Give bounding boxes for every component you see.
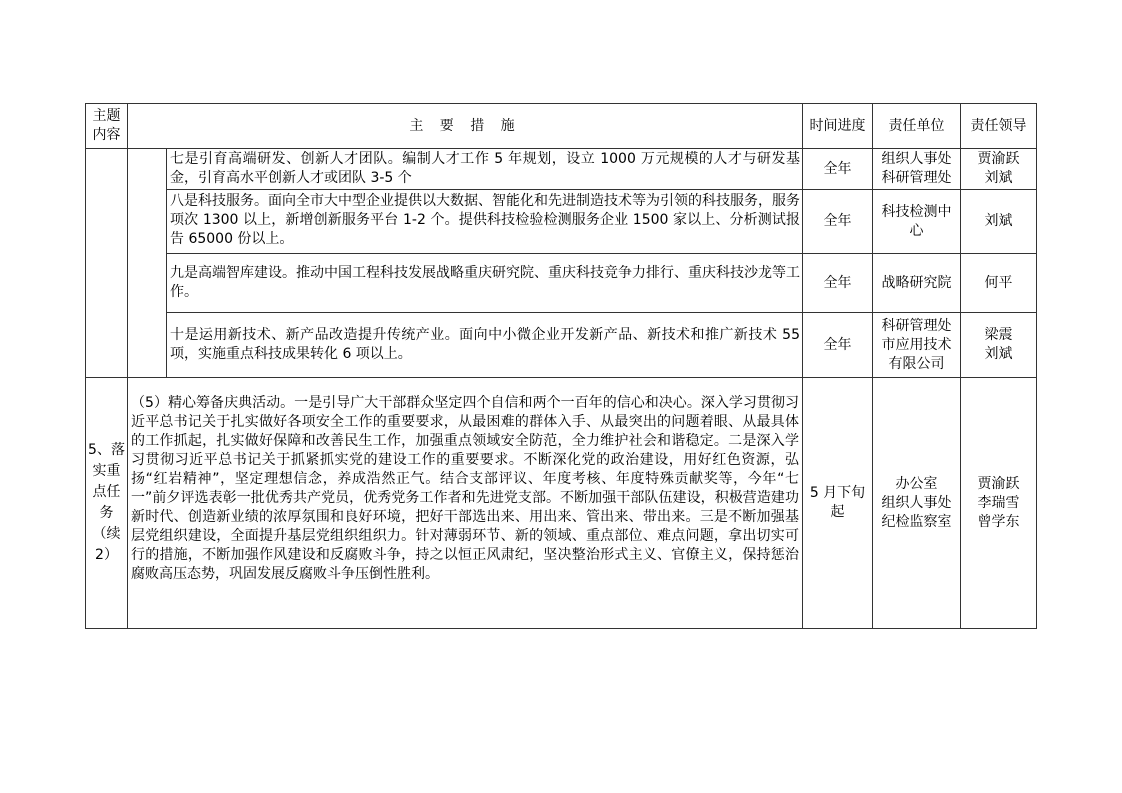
header-leader: 责任领导 xyxy=(961,104,1037,149)
unit-cell: 战略研究院 xyxy=(873,254,961,313)
table-row: 八是科技服务。面向全市大中型企业提供以大数据、智能化和先进制造技术等为引领的科技… xyxy=(86,190,1037,254)
header-measures: 主 要 措 施 xyxy=(128,104,803,149)
header-row: 主题内容 主 要 措 施 时间进度 责任单位 责任领导 xyxy=(86,104,1037,149)
measure-cell: 七是引育高端研发、创新人才团队。编制人才工作 5 年规划，设立 1000 万元规… xyxy=(167,149,803,190)
topic-cell-empty xyxy=(86,149,128,378)
table-row: 十是运用新技术、新产品改造提升传统产业。面向中小微企业开发新产品、新技术和推广新… xyxy=(86,313,1037,378)
time-cell: 全年 xyxy=(803,313,873,378)
measure-cell: （5）精心筹备庆典活动。一是引导广大干部群众坚定四个自信和两个一百年的信心和决心… xyxy=(128,378,803,629)
leader-cell: 贾渝跃 李瑞雪 曾学东 xyxy=(961,378,1037,629)
leader-cell: 刘斌 xyxy=(961,190,1037,254)
document-page: 主题内容 主 要 措 施 时间进度 责任单位 责任领导 七是引育高端研发、创新人… xyxy=(0,0,1122,793)
unit-cell: 组织人事处 科研管理处 xyxy=(873,149,961,190)
measure-cell: 八是科技服务。面向全市大中型企业提供以大数据、智能化和先进制造技术等为引领的科技… xyxy=(167,190,803,254)
header-topic: 主题内容 xyxy=(86,104,128,149)
time-cell: 全年 xyxy=(803,254,873,313)
work-plan-table: 主题内容 主 要 措 施 时间进度 责任单位 责任领导 七是引育高端研发、创新人… xyxy=(85,103,1037,629)
topic-label: 5、落 实重 点任 务 （续 2） xyxy=(88,440,126,566)
sub-cell-empty xyxy=(128,149,167,378)
measure-cell: 十是运用新技术、新产品改造提升传统产业。面向中小微企业开发新产品、新技术和推广新… xyxy=(167,313,803,378)
time-cell: 5 月下旬 起 xyxy=(803,378,873,629)
measure-cell: 九是高端智库建设。推动中国工程科技发展战略重庆研究院、重庆科技竞争力排行、重庆科… xyxy=(167,254,803,313)
time-cell: 全年 xyxy=(803,190,873,254)
table-row: 九是高端智库建设。推动中国工程科技发展战略重庆研究院、重庆科技竞争力排行、重庆科… xyxy=(86,254,1037,313)
leader-cell: 何平 xyxy=(961,254,1037,313)
unit-cell: 办公室 组织人事处 纪检监察室 xyxy=(873,378,961,629)
time-cell: 全年 xyxy=(803,149,873,190)
unit-cell: 科技检测中 心 xyxy=(873,190,961,254)
leader-cell: 梁震 刘斌 xyxy=(961,313,1037,378)
table-row-task-5: 5、落 实重 点任 务 （续 2） （5）精心筹备庆典活动。一是引导广大干部群众… xyxy=(86,378,1037,629)
header-unit: 责任单位 xyxy=(873,104,961,149)
header-time: 时间进度 xyxy=(803,104,873,149)
leader-cell: 贾渝跃 刘斌 xyxy=(961,149,1037,190)
unit-cell: 科研管理处 市应用技术 有限公司 xyxy=(873,313,961,378)
table-row: 七是引育高端研发、创新人才团队。编制人才工作 5 年规划，设立 1000 万元规… xyxy=(86,149,1037,190)
topic-cell: 5、落 实重 点任 务 （续 2） xyxy=(86,378,128,629)
